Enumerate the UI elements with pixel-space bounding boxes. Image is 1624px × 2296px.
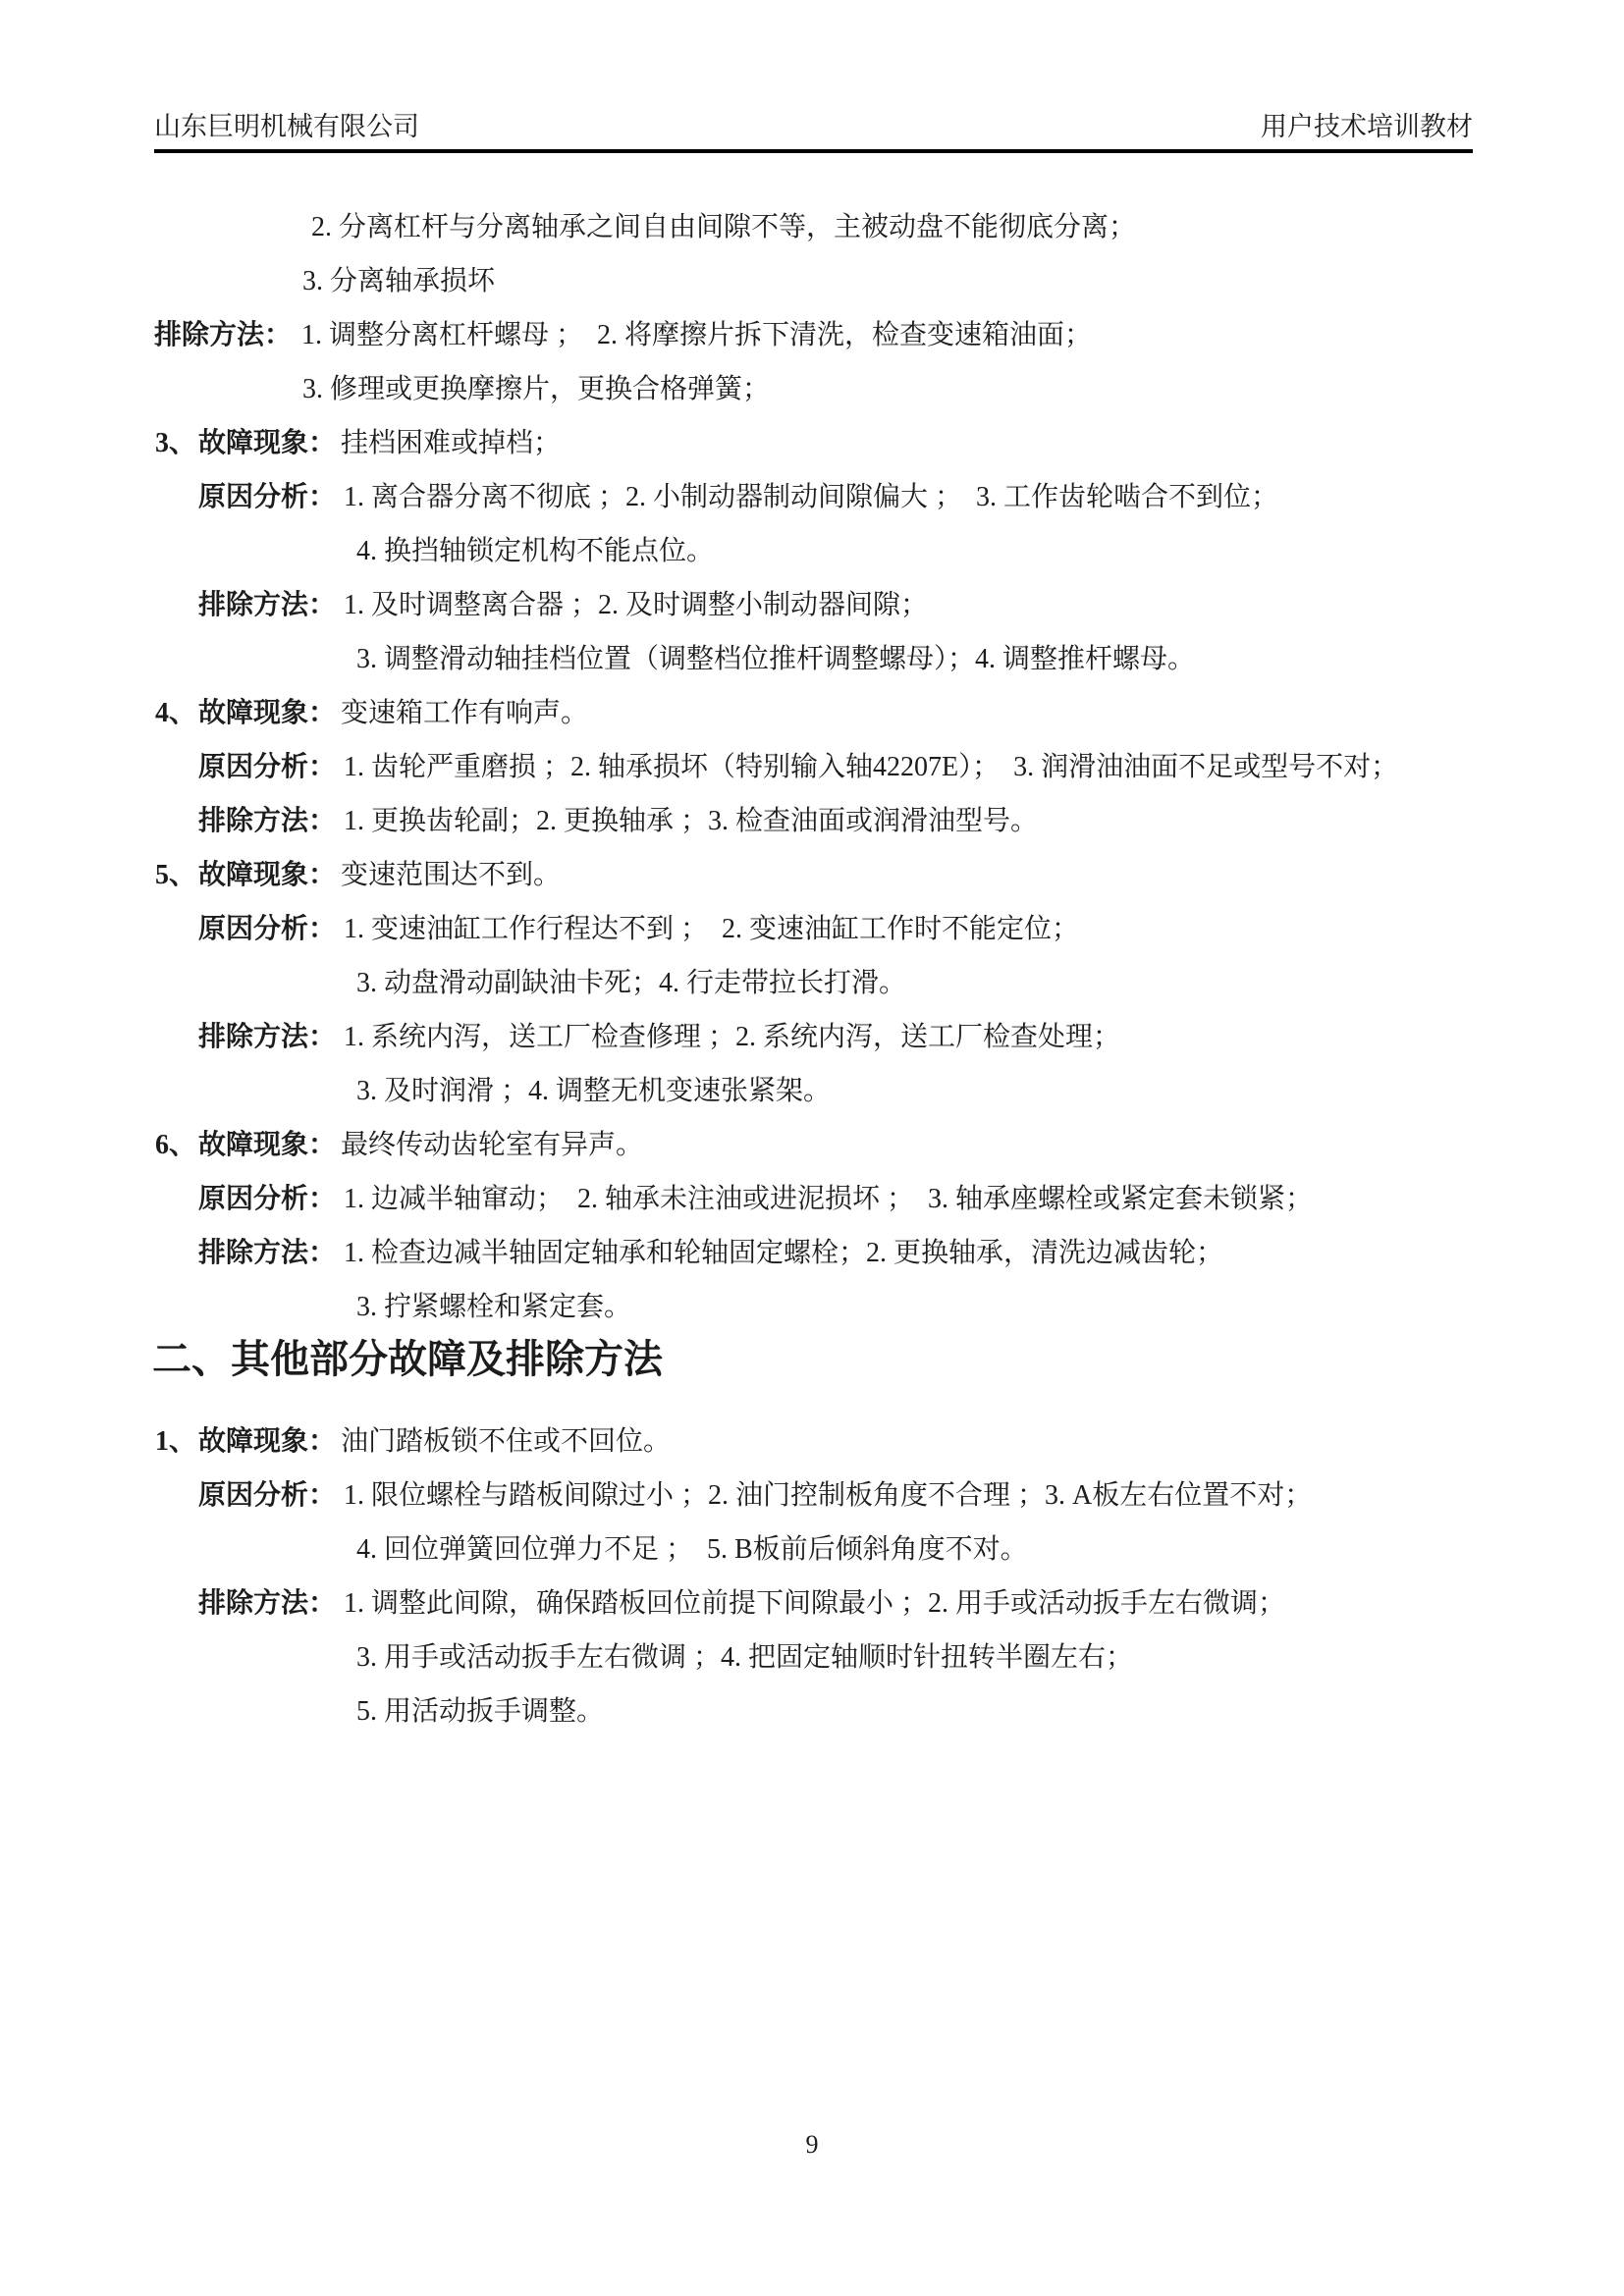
page-number: 9: [0, 2130, 1624, 2160]
document-line: 4. 换挡轴锁定机构不能点位。: [0, 536, 1624, 567]
field-text: 1. 变速油缸工作行程达不到 ； 2. 变速油缸工作时不能定位；: [344, 914, 1079, 945]
continuation-text: 2. 分离杠杆与分离轴承之间自由间隙不等，主被动盘不能彻底分离；: [311, 212, 1136, 243]
item-number: 4、: [155, 698, 196, 729]
field-text: 1. 齿轮严重磨损 ；2. 轴承损坏（特别输入轴42207E）； 3. 润滑油油…: [344, 752, 1398, 783]
document-line: 3. 及时润滑 ；4. 调整无机变速张紧架。: [0, 1076, 1624, 1107]
continuation-text: 4. 回位弹簧回位弹力不足 ； 5. B板前后倾斜角度不对。: [356, 1534, 1028, 1566]
field-label: 排除方法：: [198, 1238, 336, 1269]
field-label: 排除方法：: [154, 320, 292, 351]
field-text: 1. 边减半轴窜动； 2. 轴承未注油或进泥损坏 ； 3. 轴承座螺栓或紧定套未…: [344, 1184, 1313, 1215]
document-line: 原因分析：1. 齿轮严重磨损 ；2. 轴承损坏（特别输入轴42207E）； 3.…: [0, 752, 1624, 783]
field-text: 1. 系统内泻，送工厂检查修理 ；2. 系统内泻，送工厂检查处理；: [344, 1022, 1120, 1053]
field-label: 故障现象：: [198, 860, 336, 891]
field-label: 排除方法：: [198, 1022, 336, 1053]
document-line: 2. 分离杠杆与分离轴承之间自由间隙不等，主被动盘不能彻底分离；: [0, 212, 1624, 243]
field-label: 故障现象：: [198, 428, 336, 459]
continuation-text: 3. 调整滑动轴挂档位置（调整档位推杆调整螺母）；4. 调整推杆螺母。: [356, 644, 1195, 675]
document-line: 原因分析：1. 离合器分离不彻底 ；2. 小制动器制动间隙偏大 ； 3. 工作齿…: [0, 482, 1624, 513]
item-number: 6、: [155, 1130, 196, 1161]
field-text: 1. 调整分离杠杆螺母 ； 2. 将摩擦片拆下清洗，检查变速箱油面；: [301, 320, 1092, 351]
document-line: 3、故障现象：挂档困难或掉档；: [0, 428, 1624, 459]
document-line: 排除方法：1. 检查边减半轴固定轴承和轮轴固定螺栓；2. 更换轴承，清洗边减齿轮…: [0, 1238, 1624, 1269]
field-label: 原因分析：: [198, 1184, 336, 1215]
field-text: 1. 及时调整离合器 ；2. 及时调整小制动器间隙；: [344, 590, 928, 621]
field-label: 原因分析：: [198, 752, 336, 783]
document-line: 6、故障现象：最终传动齿轮室有异声。: [0, 1130, 1624, 1161]
document-line: 4、故障现象：变速箱工作有响声。: [0, 698, 1624, 729]
document-line: 3. 分离轴承损坏: [0, 266, 1624, 297]
document-line: 4. 回位弹簧回位弹力不足 ； 5. B板前后倾斜角度不对。: [0, 1534, 1624, 1566]
continuation-text: 5. 用活动扳手调整。: [356, 1696, 604, 1728]
field-text: 1. 调整此间隙，确保踏板回位前提下间隙最小 ；2. 用手或活动扳手左右微调；: [344, 1588, 1285, 1620]
document-line: 排除方法：1. 调整分离杠杆螺母 ； 2. 将摩擦片拆下清洗，检查变速箱油面；: [0, 320, 1624, 351]
document-line: 排除方法：1. 及时调整离合器 ；2. 及时调整小制动器间隙；: [0, 590, 1624, 621]
field-text: 1. 更换齿轮副；2. 更换轴承 ；3. 检查油面或润滑油型号。: [344, 806, 1038, 837]
item-number: 5、: [155, 860, 196, 891]
continuation-text: 3. 分离轴承损坏: [302, 266, 495, 297]
field-label: 故障现象：: [198, 1130, 336, 1161]
section-heading: 二、其他部分故障及排除方法: [152, 1337, 663, 1382]
item-number: 3、: [155, 428, 196, 459]
document-line: 原因分析：1. 边减半轴窜动； 2. 轴承未注油或进泥损坏 ； 3. 轴承座螺栓…: [0, 1184, 1624, 1215]
continuation-text: 3. 用手或活动扳手左右微调 ；4. 把固定轴顺时针扭转半圈左右；: [356, 1642, 1133, 1674]
field-label: 原因分析：: [198, 482, 336, 513]
document-line: 3. 用手或活动扳手左右微调 ；4. 把固定轴顺时针扭转半圈左右；: [0, 1642, 1624, 1674]
field-text: 挂档困难或掉档；: [341, 428, 561, 459]
field-text: 变速范围达不到。: [341, 860, 561, 891]
continuation-text: 4. 换挡轴锁定机构不能点位。: [356, 536, 714, 567]
field-text: 最终传动齿轮室有异声。: [341, 1130, 643, 1161]
document-line: 排除方法：1. 更换齿轮副；2. 更换轴承 ；3. 检查油面或润滑油型号。: [0, 806, 1624, 837]
field-text: 油门踏板锁不住或不回位。: [341, 1426, 671, 1458]
continuation-text: 3. 拧紧螺栓和紧定套。: [356, 1292, 631, 1323]
continuation-text: 3. 及时润滑 ；4. 调整无机变速张紧架。: [356, 1076, 831, 1107]
document-line: 3. 拧紧螺栓和紧定套。: [0, 1292, 1624, 1323]
field-text: 1. 限位螺栓与踏板间隙过小 ；2. 油门控制板角度不合理 ；3. A板左右位置…: [344, 1480, 1312, 1512]
document-line: 原因分析：1. 限位螺栓与踏板间隙过小 ；2. 油门控制板角度不合理 ；3. A…: [0, 1480, 1624, 1512]
document-line: 原因分析：1. 变速油缸工作行程达不到 ； 2. 变速油缸工作时不能定位；: [0, 914, 1624, 945]
field-label: 故障现象：: [198, 698, 336, 729]
field-label: 原因分析：: [198, 914, 336, 945]
field-label: 原因分析：: [198, 1480, 336, 1512]
document-line: 1、故障现象：油门踏板锁不住或不回位。: [0, 1426, 1624, 1458]
field-label: 排除方法：: [198, 590, 336, 621]
field-label: 故障现象：: [198, 1426, 336, 1458]
field-text: 变速箱工作有响声。: [341, 698, 588, 729]
document-body: 2. 分离杠杆与分离轴承之间自由间隙不等，主被动盘不能彻底分离；3. 分离轴承损…: [0, 0, 1624, 2296]
continuation-text: 3. 动盘滑动副缺油卡死；4. 行走带拉长打滑。: [356, 968, 906, 999]
document-line: 3. 修理或更换摩擦片，更换合格弹簧；: [0, 374, 1624, 405]
document-line: 3. 动盘滑动副缺油卡死；4. 行走带拉长打滑。: [0, 968, 1624, 999]
document-line: 排除方法：1. 调整此间隙，确保踏板回位前提下间隙最小 ；2. 用手或活动扳手左…: [0, 1588, 1624, 1620]
document-page: 山东巨明机械有限公司 用户技术培训教材 2. 分离杠杆与分离轴承之间自由间隙不等…: [0, 0, 1624, 2296]
document-line: 3. 调整滑动轴挂档位置（调整档位推杆调整螺母）；4. 调整推杆螺母。: [0, 644, 1624, 675]
document-line: 5. 用活动扳手调整。: [0, 1696, 1624, 1728]
document-line: 排除方法：1. 系统内泻，送工厂检查修理 ；2. 系统内泻，送工厂检查处理；: [0, 1022, 1624, 1053]
field-label: 排除方法：: [198, 806, 336, 837]
field-text: 1. 检查边减半轴固定轴承和轮轴固定螺栓；2. 更换轴承，清洗边减齿轮；: [344, 1238, 1223, 1269]
continuation-text: 3. 修理或更换摩擦片，更换合格弹簧；: [302, 374, 770, 405]
field-text: 1. 离合器分离不彻底 ；2. 小制动器制动间隙偏大 ； 3. 工作齿轮啮合不到…: [344, 482, 1278, 513]
document-line: 5、故障现象：变速范围达不到。: [0, 860, 1624, 891]
item-number: 1、: [155, 1426, 196, 1458]
field-label: 排除方法：: [198, 1588, 336, 1620]
